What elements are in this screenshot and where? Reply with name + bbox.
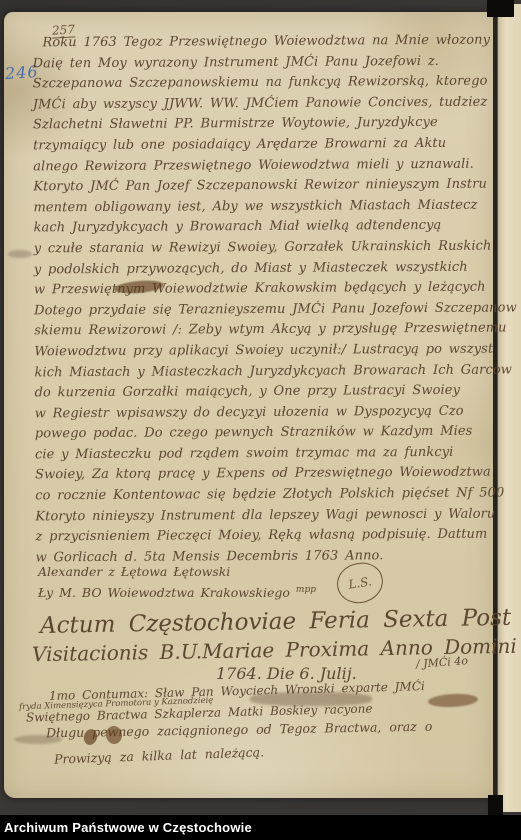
- ink-smudge: [14, 735, 62, 744]
- binding-gap-top: [487, 0, 514, 17]
- manuscript-line: mentem obligowany iest, Aby we wszystkic…: [33, 195, 485, 218]
- manuscript-line: Dotego przydaie się Teraznieyszemu JMĆi …: [34, 298, 486, 321]
- signature-name: Alexander z Łętowa Łętowski: [38, 563, 316, 581]
- facing-page-sliver: [497, 4, 521, 812]
- actum-margin-note: / JMĆi 4o: [416, 654, 469, 671]
- note-line: Prowizyą za kilka lat należącą.: [54, 744, 264, 766]
- manuscript-line: cie y Miasteczku pod rządem swoim trzyma…: [35, 442, 487, 465]
- manuscript-line: powego podac. Do czego pewnych Straznikó…: [35, 422, 487, 445]
- manuscript-line: Roku 1763 Tegoz Przeswiętnego Woiewodztw…: [32, 31, 484, 54]
- signature-block: Alexander z Łętowa Łętowski Ły M. BO Woi…: [38, 563, 316, 602]
- manuscript-line: Woiewodztwu przy aplikacyi Swoiey uczyni…: [34, 340, 486, 363]
- manuscript-line: alnego Rewizora Przeswiętnego Woiewodztw…: [33, 154, 485, 177]
- manuscript-body: Roku 1763 Tegoz Przeswiętnego Woiewodztw…: [32, 31, 487, 569]
- manuscript-line: JMĆi aby wszyscy JJWW. WW. JMĆiem Panowi…: [33, 92, 485, 115]
- manuscript-line: skiemu Rewizorowi /: Zeby wtym Akcyą y p…: [34, 319, 486, 342]
- manuscript-line: Ktoryto ninieyszy Instrument dla lepszey…: [35, 504, 487, 527]
- manuscript-line: y czułe starania w Rewizyi Swoiey, Gorza…: [34, 237, 486, 260]
- ink-blot: [428, 693, 479, 709]
- binding-gap-bottom: [488, 795, 503, 816]
- ink-smudge: [8, 250, 32, 258]
- mpp-mark: mpp: [296, 585, 316, 595]
- manuscript-line: Swoiey, Za ktorą pracę y Expens od Przes…: [35, 463, 487, 486]
- actum-date-line: 1764. Die 6. Julij.: [216, 664, 357, 683]
- actum-heading-line1: Actum Częstochoviae Feria Sexta Post Fes…: [40, 603, 521, 639]
- archive-name: Archiwum Państwowe w Częstochowie: [0, 820, 252, 835]
- manuscript-line: y podolskich przywozących, do Miast y Mi…: [34, 257, 486, 280]
- manuscript-line: kach Juryzdykcyach y Browarach Miał wiel…: [34, 216, 486, 239]
- seal-label: L.S.: [347, 574, 372, 591]
- manuscript-page: 257 246 Roku 1763 Tegoz Przeswiętnego Wo…: [4, 12, 493, 798]
- manuscript-line: w Regiestr wpisawszy do decyzyi ułozenia…: [35, 401, 487, 424]
- manuscript-line: co rocznie Kontentowac się będzie Złotyc…: [35, 484, 487, 507]
- manuscript-line: w Przeswiętnym Woiewodztwie Krakowskim b…: [34, 278, 486, 301]
- manuscript-line: Szlachetni Sławetni PP. Burmistrze Woyto…: [33, 113, 485, 136]
- manuscript-line: kich Miastach y Miasteczkach Juryzdykcya…: [34, 360, 486, 383]
- manuscript-line: Ktoryto JMĆ Pan Jozef Szczepanowski Rewi…: [33, 175, 485, 198]
- archive-footer-bar: Archiwum Państwowe w Częstochowie: [0, 815, 521, 840]
- manuscript-line: do kurzenia Gorzałki maiących, y One prz…: [35, 381, 487, 404]
- manuscript-line: trzymaiący lub one posiadaiący Arędarze …: [33, 134, 485, 157]
- manuscript-line: z przycisnieniem Pieczęci Moiey, Ręką wł…: [35, 525, 487, 548]
- manuscript-line: Daię ten Moy wyrazony Instrument JMĆi Pa…: [32, 51, 484, 74]
- signature-title: Ły M. BO Woiewodztwa Krakowskiegompp: [38, 581, 316, 602]
- scanned-photo-background: 257 246 Roku 1763 Tegoz Przeswiętnego Wo…: [0, 0, 521, 840]
- manuscript-line: Szczepanowa Szczepanowskiemu na funkcyą …: [33, 72, 485, 95]
